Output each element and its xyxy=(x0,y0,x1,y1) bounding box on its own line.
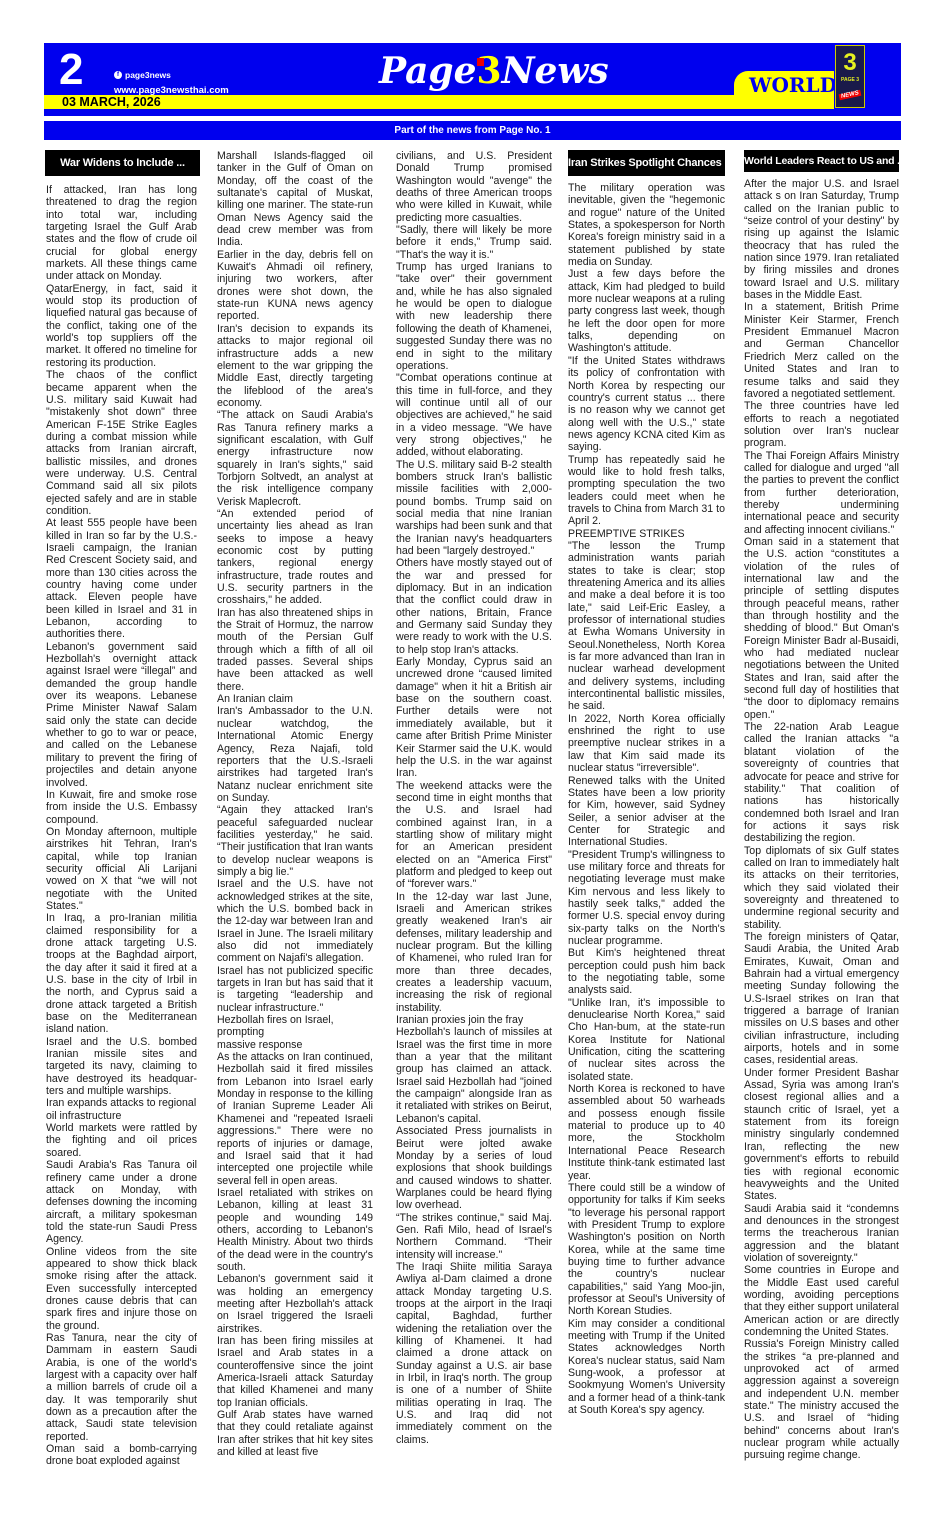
article-2-column: Iran Strikes Spotlight Chances ... The m… xyxy=(568,150,725,1416)
paragraph: At least 555 people have been killed in … xyxy=(46,517,197,640)
badge-line2: NEWS xyxy=(839,90,862,100)
social-handle-text: page3news xyxy=(125,70,171,80)
paragraph: Israel has not publicized specific targe… xyxy=(217,965,373,1014)
paragraph: Earlier in the day, debris fell on Kuwai… xyxy=(217,249,373,323)
subheading: Hezbollah fires on Israel, prompting xyxy=(217,1014,373,1039)
paragraph: In Kuwait, fire and smoke rose from insi… xyxy=(46,789,197,826)
paragraph: Lebanon's government said Hezbollah's ov… xyxy=(46,641,197,789)
subheading: Iranian proxies join the fray xyxy=(396,1014,552,1026)
paragraph: Online videos from the site appeared to … xyxy=(46,1246,197,1332)
paragraph: The three countries have led efforts to … xyxy=(744,400,899,449)
article-3-headline[interactable]: World Leaders React to US and ... xyxy=(744,150,899,172)
logo-text-left: Page xyxy=(379,50,477,92)
paragraph: As the attacks on Iran continued, Hezbol… xyxy=(217,1051,373,1187)
masthead: 2 f page3news www.page3newsthai.com 03 M… xyxy=(44,43,901,116)
paragraph: Iran's decision to expands its attacks t… xyxy=(217,323,373,409)
paragraph: Renewed talks with the United States hav… xyxy=(568,775,725,849)
paragraph: Early Monday, Cyprus said an uncrewed dr… xyxy=(396,656,552,779)
paragraph: In the 12-day war last June, Israeli and… xyxy=(396,891,552,1014)
social-handle[interactable]: f page3news xyxy=(114,70,171,80)
badge-number: 3 xyxy=(836,49,864,77)
paragraph: World markets were rattled by the fighti… xyxy=(46,1122,197,1159)
paragraph: Top diplomats of six Gulf states called … xyxy=(744,845,899,931)
paragraph: The weekend attacks were the second time… xyxy=(396,780,552,891)
paragraph: Saudi Arabia's Ras Tanura oil refinery c… xyxy=(46,1159,197,1245)
subheading: massive response xyxy=(217,1039,373,1051)
paragraph: Others have mostly stayed out of the war… xyxy=(396,557,552,656)
paragraph: North Korea is reckoned to have assemble… xyxy=(568,1083,725,1182)
paragraph: Oman said a bomb-carrying drone boat exp… xyxy=(46,1443,197,1468)
paragraph: Marshall Islands-flagged oil tanker in t… xyxy=(217,150,373,249)
paragraph: "President Trump's willingness to use mi… xyxy=(568,849,725,948)
facebook-icon: f xyxy=(114,71,122,79)
paragraph: Iran has also threatened ships in the St… xyxy=(217,607,373,693)
logo-text-right: News xyxy=(502,50,609,92)
paragraph: Israel and the U.S. have not acknowledge… xyxy=(217,878,373,964)
article-1-headline[interactable]: War Widens to Include ... xyxy=(45,150,200,176)
paragraph: On Monday afternoon, multiple airstrikes… xyxy=(46,826,197,912)
paragraph: QatarEnergy, in fact, said it would stop… xyxy=(46,283,197,369)
paragraph: Israel retaliated with strikes on Lebano… xyxy=(217,1187,373,1273)
page-number: 2 xyxy=(59,45,83,95)
paragraph: Russia's Foreign Ministry called the str… xyxy=(744,1338,899,1461)
paragraph: If attacked, Iran has long threatened to… xyxy=(46,184,197,283)
paragraph: Hezbollah's launch of missiles at Israel… xyxy=(396,1026,552,1125)
paragraph: Ras Tanura, near the city of Dammam in e… xyxy=(46,1332,197,1443)
paragraph: Lebanon's government said it was holding… xyxy=(217,1273,373,1335)
paragraph: Some countries in Europe and the Middle … xyxy=(744,1264,899,1338)
paragraph: In Iraq, a pro-Iranian militia claimed r… xyxy=(46,912,197,1035)
paragraph: Oman said in a statement that the U.S. a… xyxy=(744,536,899,721)
paragraph: civilians, and U.S. President Donald Tru… xyxy=(396,150,552,224)
paragraph: After the major U.S. and Israel attack s… xyxy=(744,178,899,301)
paragraph: “The strikes continue," said Maj. Gen. R… xyxy=(396,1212,552,1261)
paragraph: Iran has been firing missiles at Israel … xyxy=(217,1335,373,1409)
article-1-column-3: civilians, and U.S. President Donald Tru… xyxy=(396,150,552,1446)
article-1-column-1: War Widens to Include ... If attacked, I… xyxy=(46,150,197,1468)
paragraph: Saudi Arabia said it “condemns and denou… xyxy=(744,1203,899,1265)
paragraph: The Thai Foreign Affairs Ministry called… xyxy=(744,450,899,536)
paragraph: There could still be a window of opportu… xyxy=(568,1182,725,1318)
paragraph: The military operation was inevitable, g… xyxy=(568,182,725,268)
paragraph: Israel and the U.S. bombed Iranian missi… xyxy=(46,1036,197,1098)
paragraph: “Again they attacked Iran's peaceful saf… xyxy=(217,804,373,878)
issue-date: 03 MARCH, 2026 xyxy=(62,95,161,109)
logo-three: 3 xyxy=(477,50,502,92)
paragraph: Trump has urged Iranians to "take over" … xyxy=(396,261,552,372)
paragraph: "If the United States withdraws its poli… xyxy=(568,355,725,454)
continuation-banner: Part of the news from Page No. 1 xyxy=(44,121,901,140)
paragraph: "Combat operations continue at this time… xyxy=(396,372,552,458)
section-label: WORLD xyxy=(749,73,837,97)
paragraph: Kim may consider a conditional meeting w… xyxy=(568,1318,725,1417)
paragraph: "The lesson the Trump administration wan… xyxy=(568,540,725,713)
paragraph: Trump has repeatedly said he would like … xyxy=(568,454,725,528)
paragraph: Under former President Bashar Assad, Syr… xyxy=(744,1067,899,1203)
paragraph: "Sadly, there will likely be more before… xyxy=(396,224,552,261)
paragraph: “An extended period of uncertainty lies … xyxy=(217,508,373,607)
article-3-column: World Leaders React to US and ... After … xyxy=(744,150,899,1462)
article-1-column-2: Marshall Islands-flagged oil tanker in t… xyxy=(217,150,373,1458)
page3-badge-logo: 3 PAGE 3 NEWS xyxy=(835,45,865,108)
paragraph: The Iraqi Shiite militia Saraya Awliya a… xyxy=(396,1261,552,1446)
subheading: An Iranian claim xyxy=(217,693,373,705)
paragraph: Gulf Arab states have warned that they c… xyxy=(217,1409,373,1458)
paragraph: The chaos of the conflict became apparen… xyxy=(46,369,197,517)
paragraph: Associated Press journalists in Beirut w… xyxy=(396,1125,552,1211)
paragraph: The U.S. military said B-2 stealth bombe… xyxy=(396,459,552,558)
masthead-bottom-line xyxy=(44,109,901,116)
paragraph: In a statement, British Prime Minister K… xyxy=(744,301,899,400)
paragraph: In 2022, North Korea officially enshrine… xyxy=(568,713,725,775)
badge-line1: PAGE 3 xyxy=(836,77,864,83)
paragraph: The 22-nation Arab League called the Ira… xyxy=(744,721,899,844)
paragraph: Iran's Ambassador to the U.N. nuclear wa… xyxy=(217,705,373,804)
paragraph: "Unlike Iran, it's impossible to denucle… xyxy=(568,997,725,1083)
article-2-headline[interactable]: Iran Strikes Spotlight Chances ... xyxy=(568,150,725,176)
newspaper-logo: Page3News xyxy=(379,49,609,93)
subheading: Iran expands attacks to regional oil inf… xyxy=(46,1097,197,1122)
paragraph: “The attack on Saudi Arabia's Ras Tanura… xyxy=(217,409,373,508)
paragraph: Just a few days before the attack, Kim h… xyxy=(568,268,725,354)
paragraph: But Kim's heightened threat perception c… xyxy=(568,947,725,996)
subheading: PREEMPTIVE STRIKES xyxy=(568,528,725,540)
paragraph: The foreign ministers of Qatar, Saudi Ar… xyxy=(744,931,899,1067)
